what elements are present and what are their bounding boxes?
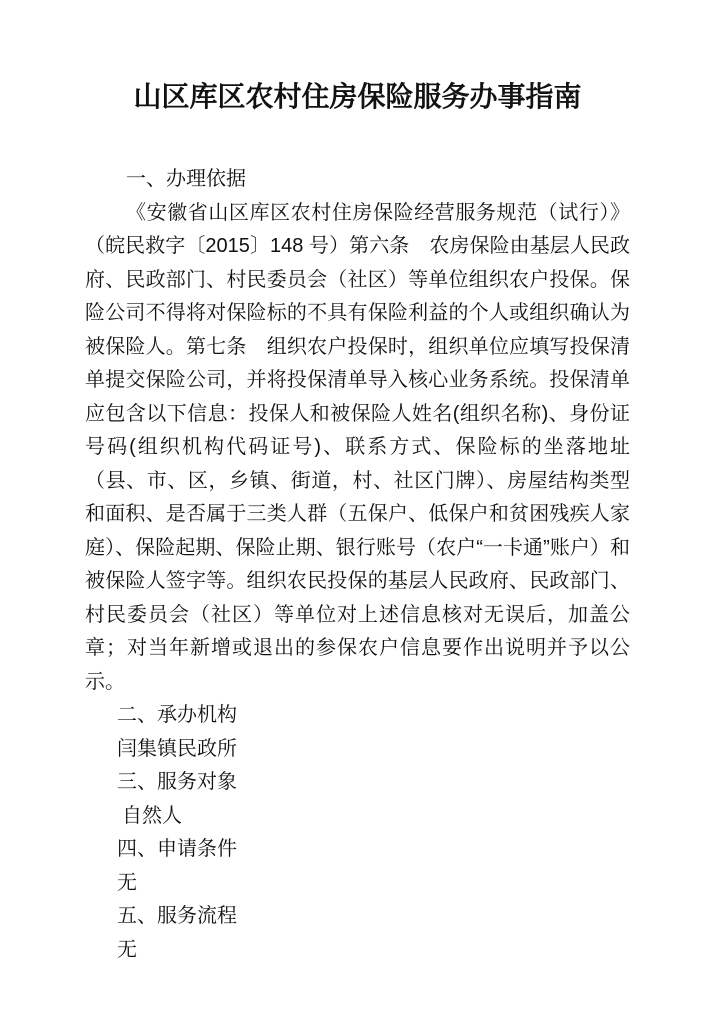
page-title: 山区库区农村住房保险服务办事指南 [85, 76, 630, 118]
section-heading: 五、服务流程 [85, 900, 630, 934]
section-body: 闫集镇民政所 [85, 733, 630, 767]
section-handling-agency: 二、承办机构 闫集镇民政所 [85, 699, 630, 766]
section-application-conditions: 四、申请条件 无 [85, 833, 630, 900]
section-body: 无 [85, 867, 630, 901]
section-service-target: 三、服务对象 自然人 [85, 766, 630, 833]
document-page: 山区库区农村住房保险服务办事指南 一、办理依据 《安徽省山区库区农村住房保险经营… [0, 0, 715, 1011]
section-legal-basis: 一、办理依据 《安徽省山区库区农村住房保险经营服务规范（试行）》（皖民救字〔20… [85, 163, 630, 699]
section-heading: 一、办理依据 [85, 163, 630, 197]
section-body: 无 [85, 934, 630, 968]
section-service-process: 五、服务流程 无 [85, 900, 630, 967]
section-heading: 二、承办机构 [85, 699, 630, 733]
section-heading: 三、服务对象 [85, 766, 630, 800]
section-body: 《安徽省山区库区农村住房保险经营服务规范（试行）》（皖民救字〔2015〕148 … [85, 197, 630, 700]
section-body: 自然人 [85, 800, 630, 834]
section-heading: 四、申请条件 [85, 833, 630, 867]
